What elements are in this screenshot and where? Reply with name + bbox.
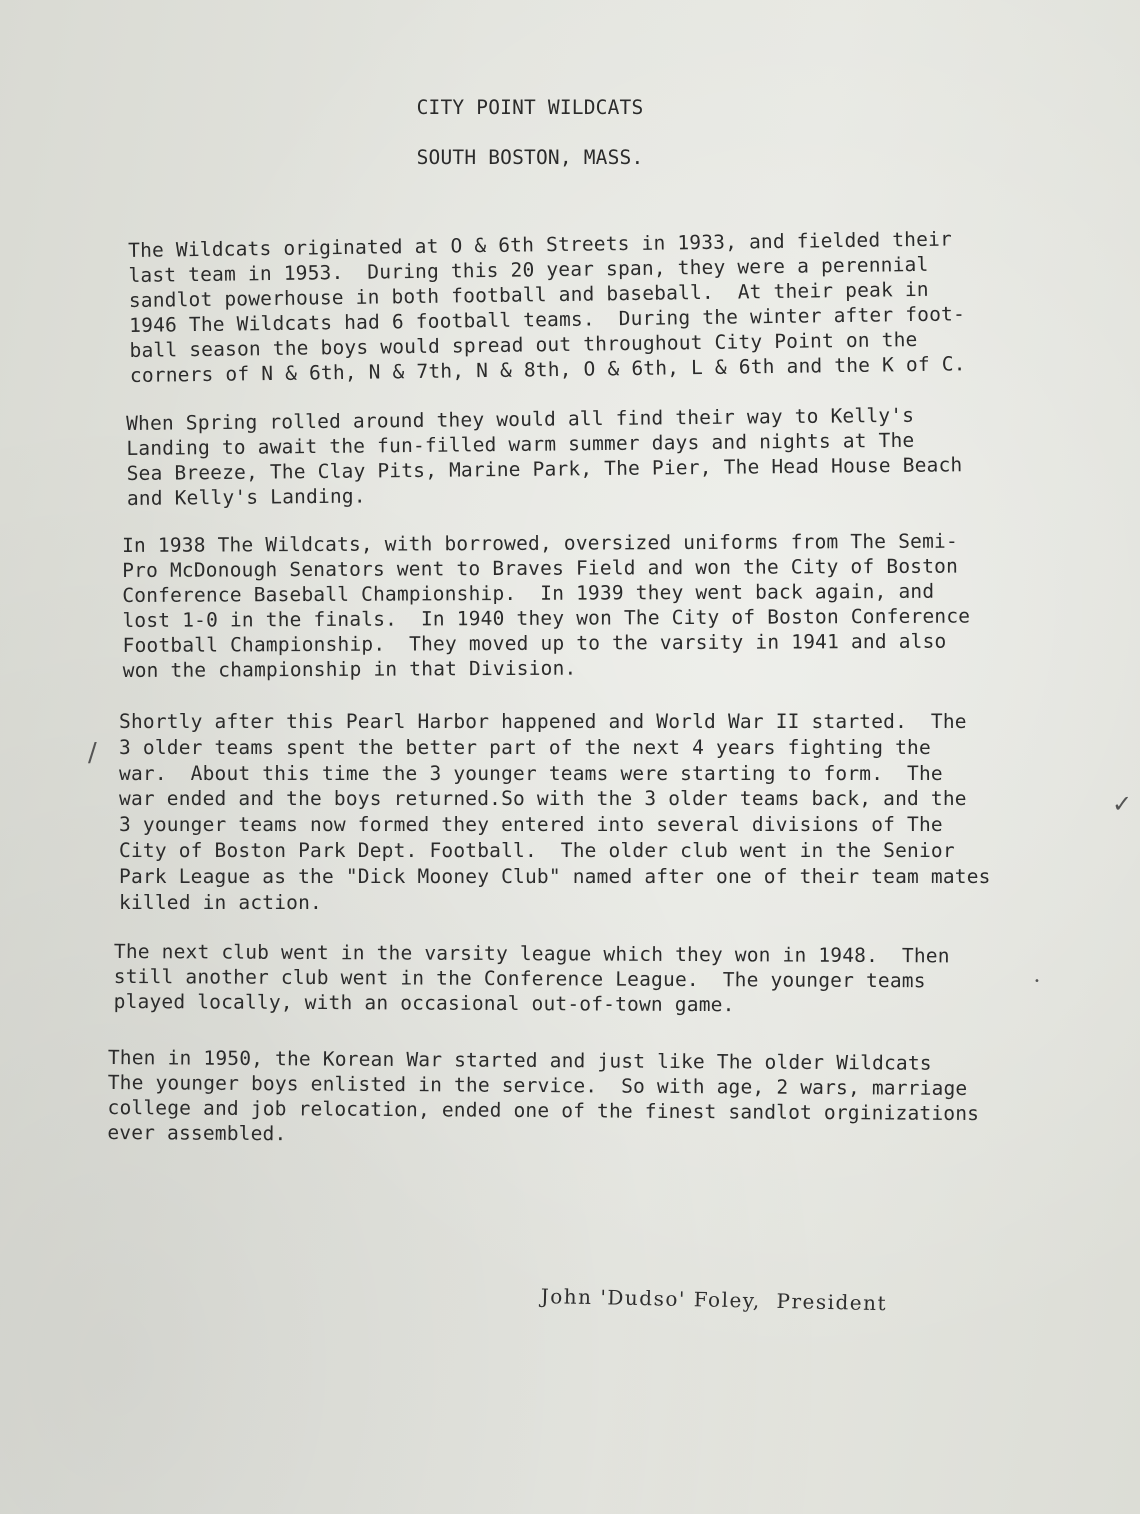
signature: John 'Dudso' Foley, President (540, 1284, 887, 1315)
paragraph-war-years: Shortly after this Pearl Harbor happened… (119, 709, 991, 915)
paragraph-korean-war: Then in 1950, the Korean War started and… (107, 1045, 979, 1151)
document-page: CITY POINT WILDCATS SOUTH BOSTON, MASS. … (0, 0, 1140, 1514)
paper-mark: / (88, 738, 97, 768)
paper-mark: ✓ (1112, 790, 1132, 818)
paragraph-origins: The Wildcats originated at O & 6th Stree… (128, 226, 966, 388)
paper-mark: • (1034, 976, 1040, 987)
document-subtitle: SOUTH BOSTON, MASS. (0, 146, 1060, 169)
document-title: CITY POINT WILDCATS (0, 96, 1060, 119)
paragraph-next-club: The next club went in the varsity league… (114, 939, 950, 1018)
paragraph-spring: When Spring rolled around they would all… (126, 402, 963, 511)
paragraph-championships: In 1938 The Wildcats, with borrowed, ove… (122, 529, 971, 683)
